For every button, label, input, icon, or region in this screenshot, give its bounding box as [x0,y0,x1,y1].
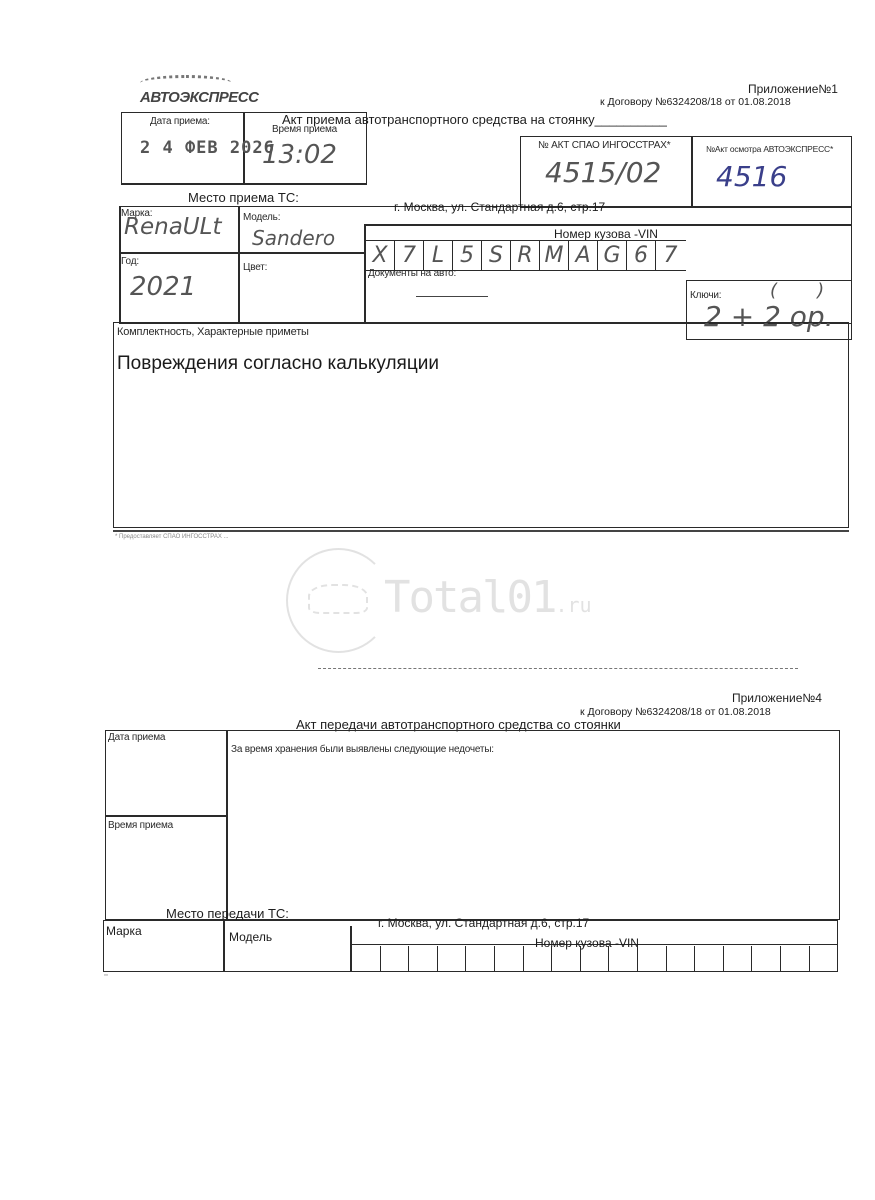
vin-empty-cell[interactable] [638,946,667,972]
act-ingos-value[interactable]: 4515/02 [545,156,661,189]
date-label: Дата приема: [150,116,210,127]
watermark-suffix: .ru [555,593,591,617]
date-label-2: Дата приема [108,732,165,743]
vin-empty-cell[interactable] [381,946,410,972]
vin-char-cell[interactable]: 6 [627,241,656,270]
date-stamp[interactable]: 2 4 ФЕВ 2026 [140,138,275,158]
time-field-2[interactable] [108,836,220,914]
vin-char-cell[interactable]: M [540,241,569,270]
divider [364,224,366,324]
brand-value[interactable]: RenaULt [124,214,221,240]
year-label: Год: [121,256,139,267]
logo-text: АВТОЭКСПРЕСС [140,89,258,106]
appendix-1: Приложение№1 [748,82,838,96]
vin-empty-cell[interactable] [752,946,781,972]
vin-empty-cell[interactable] [667,946,696,972]
vin-empty-cell[interactable] [495,946,524,972]
divider [119,252,365,254]
divider [223,920,225,972]
autoexpress-logo: АВТОЭКСПРЕСС [140,75,240,115]
defects-field[interactable] [231,760,831,910]
vin-char-cell[interactable]: R [511,241,540,270]
date-field-2[interactable] [108,746,220,808]
vin-char-cell[interactable]: G [598,241,627,270]
act-ingos-label: № АКТ СПАО ИНГОССТРАХ* [538,140,670,151]
time-label: Время приема [272,124,337,135]
footnote-2: ** [104,974,108,980]
vin-empty-cell[interactable] [724,946,753,972]
vin-empty-cell[interactable] [552,946,581,972]
docs-value-dash[interactable] [416,296,488,297]
vin-label: Номер кузова -VIN [554,227,658,241]
watermark-text: Total01.ru [384,572,592,623]
vin-char-cell[interactable]: 7 [395,241,424,270]
vin-field-2[interactable] [352,946,838,972]
brand-label-2: Марка [106,924,142,938]
model-value[interactable]: Sandero [252,226,335,250]
vin-empty-cell[interactable] [781,946,810,972]
vin-char-cell[interactable]: X [366,241,395,270]
vin-empty-cell[interactable] [609,946,638,972]
vin-field[interactable]: X7L5SRMAG67 [366,240,686,271]
appendix-4: Приложение№4 [732,691,822,705]
act-autoexpress-value[interactable]: 4516 [716,160,787,193]
form1-title-blank: __________ [595,112,667,127]
docs-label: Документы на авто: [368,268,456,279]
cut-line [318,668,798,669]
vin-char-cell[interactable]: A [569,241,598,270]
vin-empty-cell[interactable] [466,946,495,972]
watermark-brand: Total01 [384,572,555,623]
vin-char-cell[interactable]: L [424,241,453,270]
model-label: Модель: [243,212,280,223]
vin-empty-cell[interactable] [695,946,724,972]
keys-paren: ( ) [770,280,824,301]
model-label-2: Модель [229,930,272,944]
completeness-label: Комплектность, Характерные приметы [117,326,309,338]
time-label-2: Время приема [108,820,173,831]
color-label: Цвет: [243,262,267,273]
vin-empty-cell[interactable] [581,946,610,972]
watermark: Total01.ru [286,548,606,658]
vin-char-cell[interactable]: 5 [453,241,482,270]
divider [364,224,852,226]
watermark-car-icon [308,584,368,614]
act-autoexpress-label: №Акт осмотра АВТОЭКСПРЕСС* [706,144,833,154]
time-value[interactable]: 13:02 [262,140,337,170]
divider [691,136,693,208]
vin-empty-cell[interactable] [352,946,381,972]
place-value: г. Москва, ул. Стандартная д.6, стр.17 [394,200,605,214]
completeness-value[interactable]: Повреждения согласно калькуляции [117,353,439,375]
divider [121,183,367,185]
vin-empty-cell[interactable] [810,946,839,972]
divider [238,206,240,322]
vin-char-cell[interactable]: S [482,241,511,270]
vin-empty-cell[interactable] [438,946,467,972]
place-label-2: Место передачи ТС: [166,906,289,921]
vin-char-cell[interactable]: 7 [656,241,685,270]
divider [226,730,228,920]
place-label: Место приема ТС: [188,190,299,205]
contract-ref-1: к Договору №6324208/18 от 01.08.2018 [600,96,791,108]
footnote: * Предоставляет СПАО ИНГОССТРАХ ... [115,534,229,540]
vin-empty-cell[interactable] [409,946,438,972]
vin-empty-cell[interactable] [524,946,553,972]
year-value[interactable]: 2021 [130,272,196,302]
defects-label: За время хранения были выявлены следующи… [231,744,494,755]
divider [105,815,226,817]
